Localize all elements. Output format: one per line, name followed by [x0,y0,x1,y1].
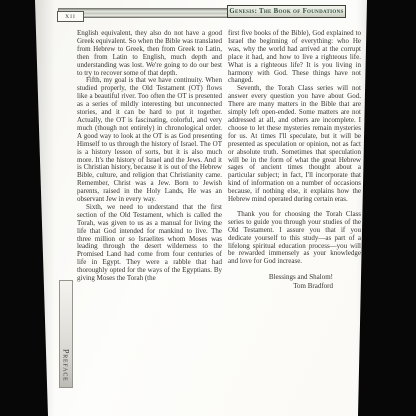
page-number: XII [57,11,84,22]
paragraph: Thank you for choosing the Torah Class s… [228,211,361,266]
paragraph: Sixth, we need to understand that the fi… [77,204,222,283]
preface-side-tab: Preface [59,280,73,388]
paragraph: Seventh, the Torah Class series will not… [228,85,361,204]
signature-line: Blessings and Shalom! [228,273,333,282]
paragraph: English equivalent, they also do not hav… [77,30,222,77]
book-page: XII Genesis: The Book of Foundations Eng… [0,0,416,416]
preface-tab-label: Preface [62,349,71,382]
page-left-edge-shade [33,0,55,416]
paragraph: Fifth, my goal is that we have continuit… [77,77,222,204]
signature-block: Blessings and Shalom! Tom Bradford [228,273,361,291]
signature-author: Tom Bradford [228,282,333,291]
left-text-column: English equivalent, they also do not hav… [77,30,222,283]
paragraph: first five books of the Bible), God expl… [228,30,361,85]
right-text-column: first five books of the Bible), God expl… [228,30,361,291]
running-header-title: Genesis: The Book of Foundations [227,5,346,18]
